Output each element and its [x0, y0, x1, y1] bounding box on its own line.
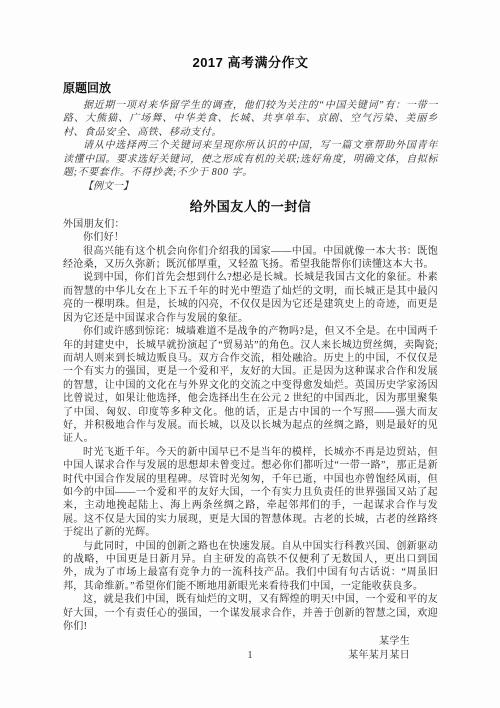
prompt-section: 原题回放 据近期一项对来华留学生的调查，他们较为关注的“中国关键词”有：一带一路…: [63, 79, 438, 194]
essay-paragraph: 时光飞逝千年。今天的新中国早已不是当年的模样，长城亦不再是边贸站，但中国人谋求合…: [63, 446, 438, 540]
document-title: 2017 高考满分作文: [63, 52, 438, 71]
prompt-paragraph-2: 请从中选择两三个关键词来呈现你所认识的中国，写一篇文章帮助外国青年读懂中国。要求…: [63, 139, 438, 179]
prompt-paragraph-1: 据近期一项对来华留学生的调查，他们较为关注的“中国关键词”有：一带一路、大熊猫、…: [63, 99, 438, 139]
essay-paragraph: 很高兴能有这个机会向你们介绍我的国家——中国。中国就像一本大书：既饱经沧桑，又历…: [63, 245, 438, 272]
essay-paragraph: 你们或许感到惊诧：城墙难道不是战争的产物吗?是，但又不全是。在中国两千年的封建史…: [63, 325, 438, 446]
essay-salutation: 外国朋友们：: [63, 218, 438, 231]
essay-paragraph: 你们好！: [63, 231, 438, 244]
essay-signature: 某学生: [63, 635, 438, 648]
document-page: 2017 高考满分作文 原题回放 据近期一项对来华留学生的调查，他们较为关注的“…: [0, 0, 500, 708]
example-essay-label: 【例文一】: [63, 180, 438, 193]
essay-paragraph: 说到中国，你们首先会想到什么?想必是长城。长城是我国古文化的象征。朴素而智慧的中…: [63, 271, 438, 325]
page-number: 1: [0, 650, 500, 661]
essay-title: 给外国友人的一封信: [63, 196, 438, 215]
prompt-heading: 原题回放: [63, 79, 438, 96]
essay-paragraph: 这，就是我们中国，既有灿烂的文明，又有辉煌的明天!中国，一个爱和平的友好大国，一…: [63, 593, 438, 633]
essay-paragraph: 与此同时，中国的创新之路也在快速发展。自从中国实行科教兴国、创新驱动的战略，中国…: [63, 540, 438, 594]
essay-section: 给外国友人的一封信 外国朋友们： 你们好！ 很高兴能有这个机会向你们介绍我的国家…: [63, 196, 438, 662]
